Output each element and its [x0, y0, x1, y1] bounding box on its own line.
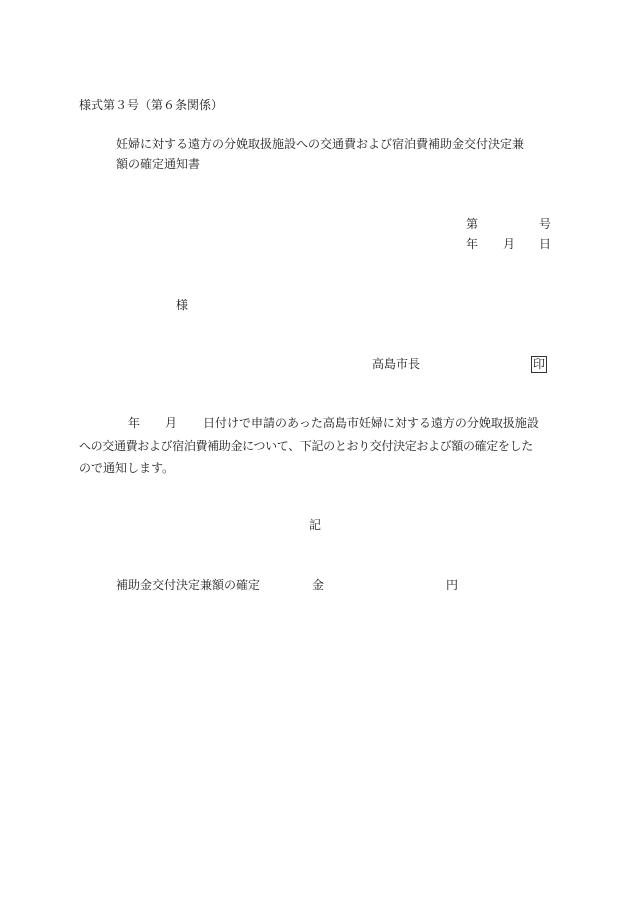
date-month: 月: [503, 235, 515, 253]
addressee-honorific: 様: [176, 296, 188, 314]
seal-icon: 印: [531, 356, 547, 373]
number-prefix: 第: [466, 215, 478, 233]
body-year: 年: [128, 414, 140, 432]
form-label: 様式第３号（第６条関係）: [79, 96, 223, 114]
sender-name: 高島市長: [372, 355, 420, 373]
body-line1: 日付けで申請のあった高島市妊婦に対する遠方の分娩取扱施設: [203, 414, 539, 432]
seal-mark: 印: [531, 355, 547, 373]
document-title-line2: 額の確定通知書: [116, 155, 200, 173]
body-line2: への交通費および宿泊費補助金について、下記のとおり交付決定および額の確定をした: [79, 437, 533, 455]
item-amount-unit: 円: [446, 576, 458, 594]
date-day: 日: [539, 235, 551, 253]
number-suffix: 号: [539, 215, 551, 233]
document-title-line1: 妊婦に対する遠方の分娩取扱施設への交通費および宿泊費補助金交付決定兼: [116, 135, 524, 153]
ki-heading: 記: [309, 516, 321, 534]
body-month: 月: [165, 414, 177, 432]
body-line3: ので通知します。: [79, 459, 174, 477]
item-amount-prefix: 金: [312, 576, 324, 594]
item-label: 補助金交付決定兼額の確定: [116, 576, 260, 594]
date-year: 年: [466, 235, 478, 253]
